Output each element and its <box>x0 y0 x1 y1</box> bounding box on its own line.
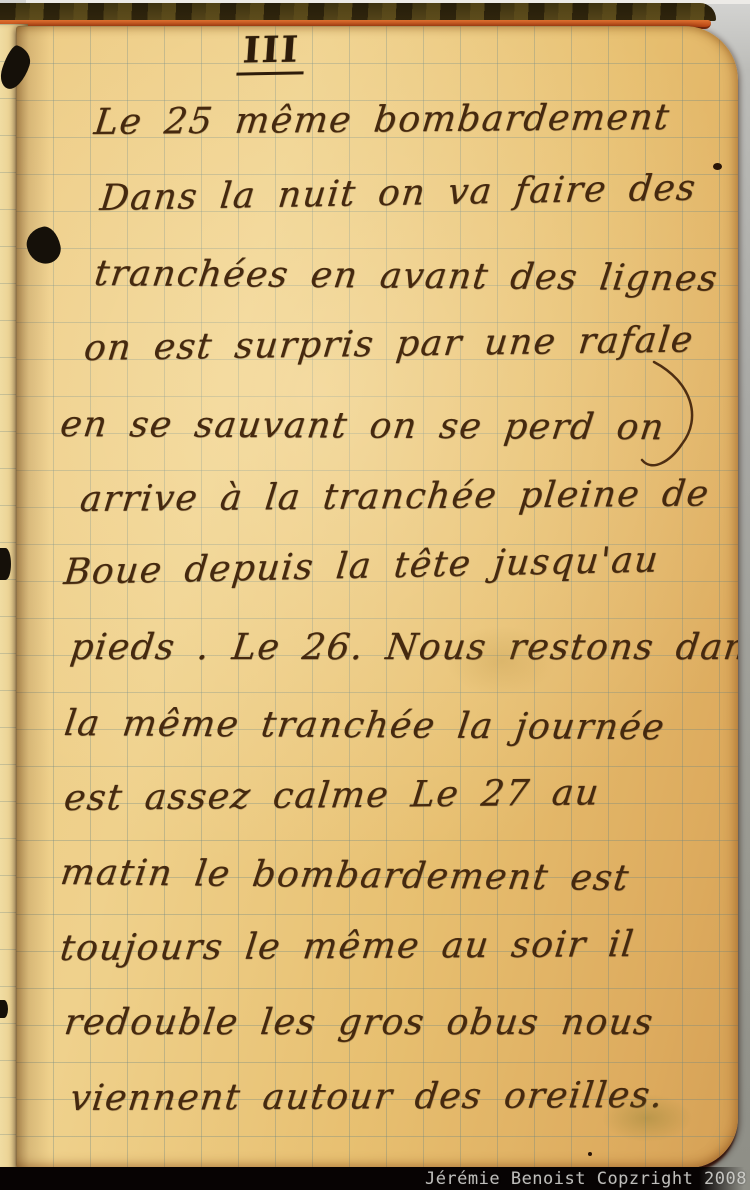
handwritten-line-7: Boue depuis la tête jusqu'au <box>62 539 661 593</box>
copyright-watermark: Jérémie Benoist Copzright 2008 <box>425 1169 747 1189</box>
ink-blot <box>0 1000 8 1018</box>
pen-flourish <box>640 356 710 486</box>
handwritten-line-3: tranchées en avant des lignes <box>92 253 721 299</box>
notebook-cover-edge <box>0 3 716 21</box>
notebook-page: III Le 25 même bombardement Dans la nuit… <box>16 26 738 1168</box>
handwritten-line-2: Dans la nuit on va faire des <box>98 168 699 219</box>
handwritten-line-1: Le 25 même bombardement <box>92 97 672 143</box>
paper-stain <box>446 626 556 696</box>
handwritten-line-6: arrive à la tranchée pleine de <box>78 473 712 520</box>
handwritten-line-11: matin le bombardement est <box>58 852 632 899</box>
handwritten-line-13: redouble les gros obus nous <box>62 1002 656 1043</box>
scanned-notebook-photo: III Le 25 même bombardement Dans la nuit… <box>0 0 750 1190</box>
handwritten-line-5: en se sauvant on se perd on <box>58 404 667 448</box>
handwritten-line-4: on est surpris par une rafale <box>82 319 696 369</box>
handwritten-line-14: viennent autour des oreilles. <box>68 1075 666 1119</box>
handwritten-line-9: la même tranchée la journée <box>62 703 668 748</box>
section-number-heading: III <box>236 28 306 75</box>
handwritten-line-12: toujours le même au soir il <box>58 924 637 969</box>
ink-speck <box>713 163 722 170</box>
ink-speck <box>588 1152 592 1156</box>
ink-blot <box>0 548 11 580</box>
paper-stain <box>602 1094 692 1142</box>
handwritten-line-8: pieds . Le 26. Nous restons dans <box>68 627 738 668</box>
handwritten-line-10: est assez calme Le 27 au <box>62 772 602 819</box>
